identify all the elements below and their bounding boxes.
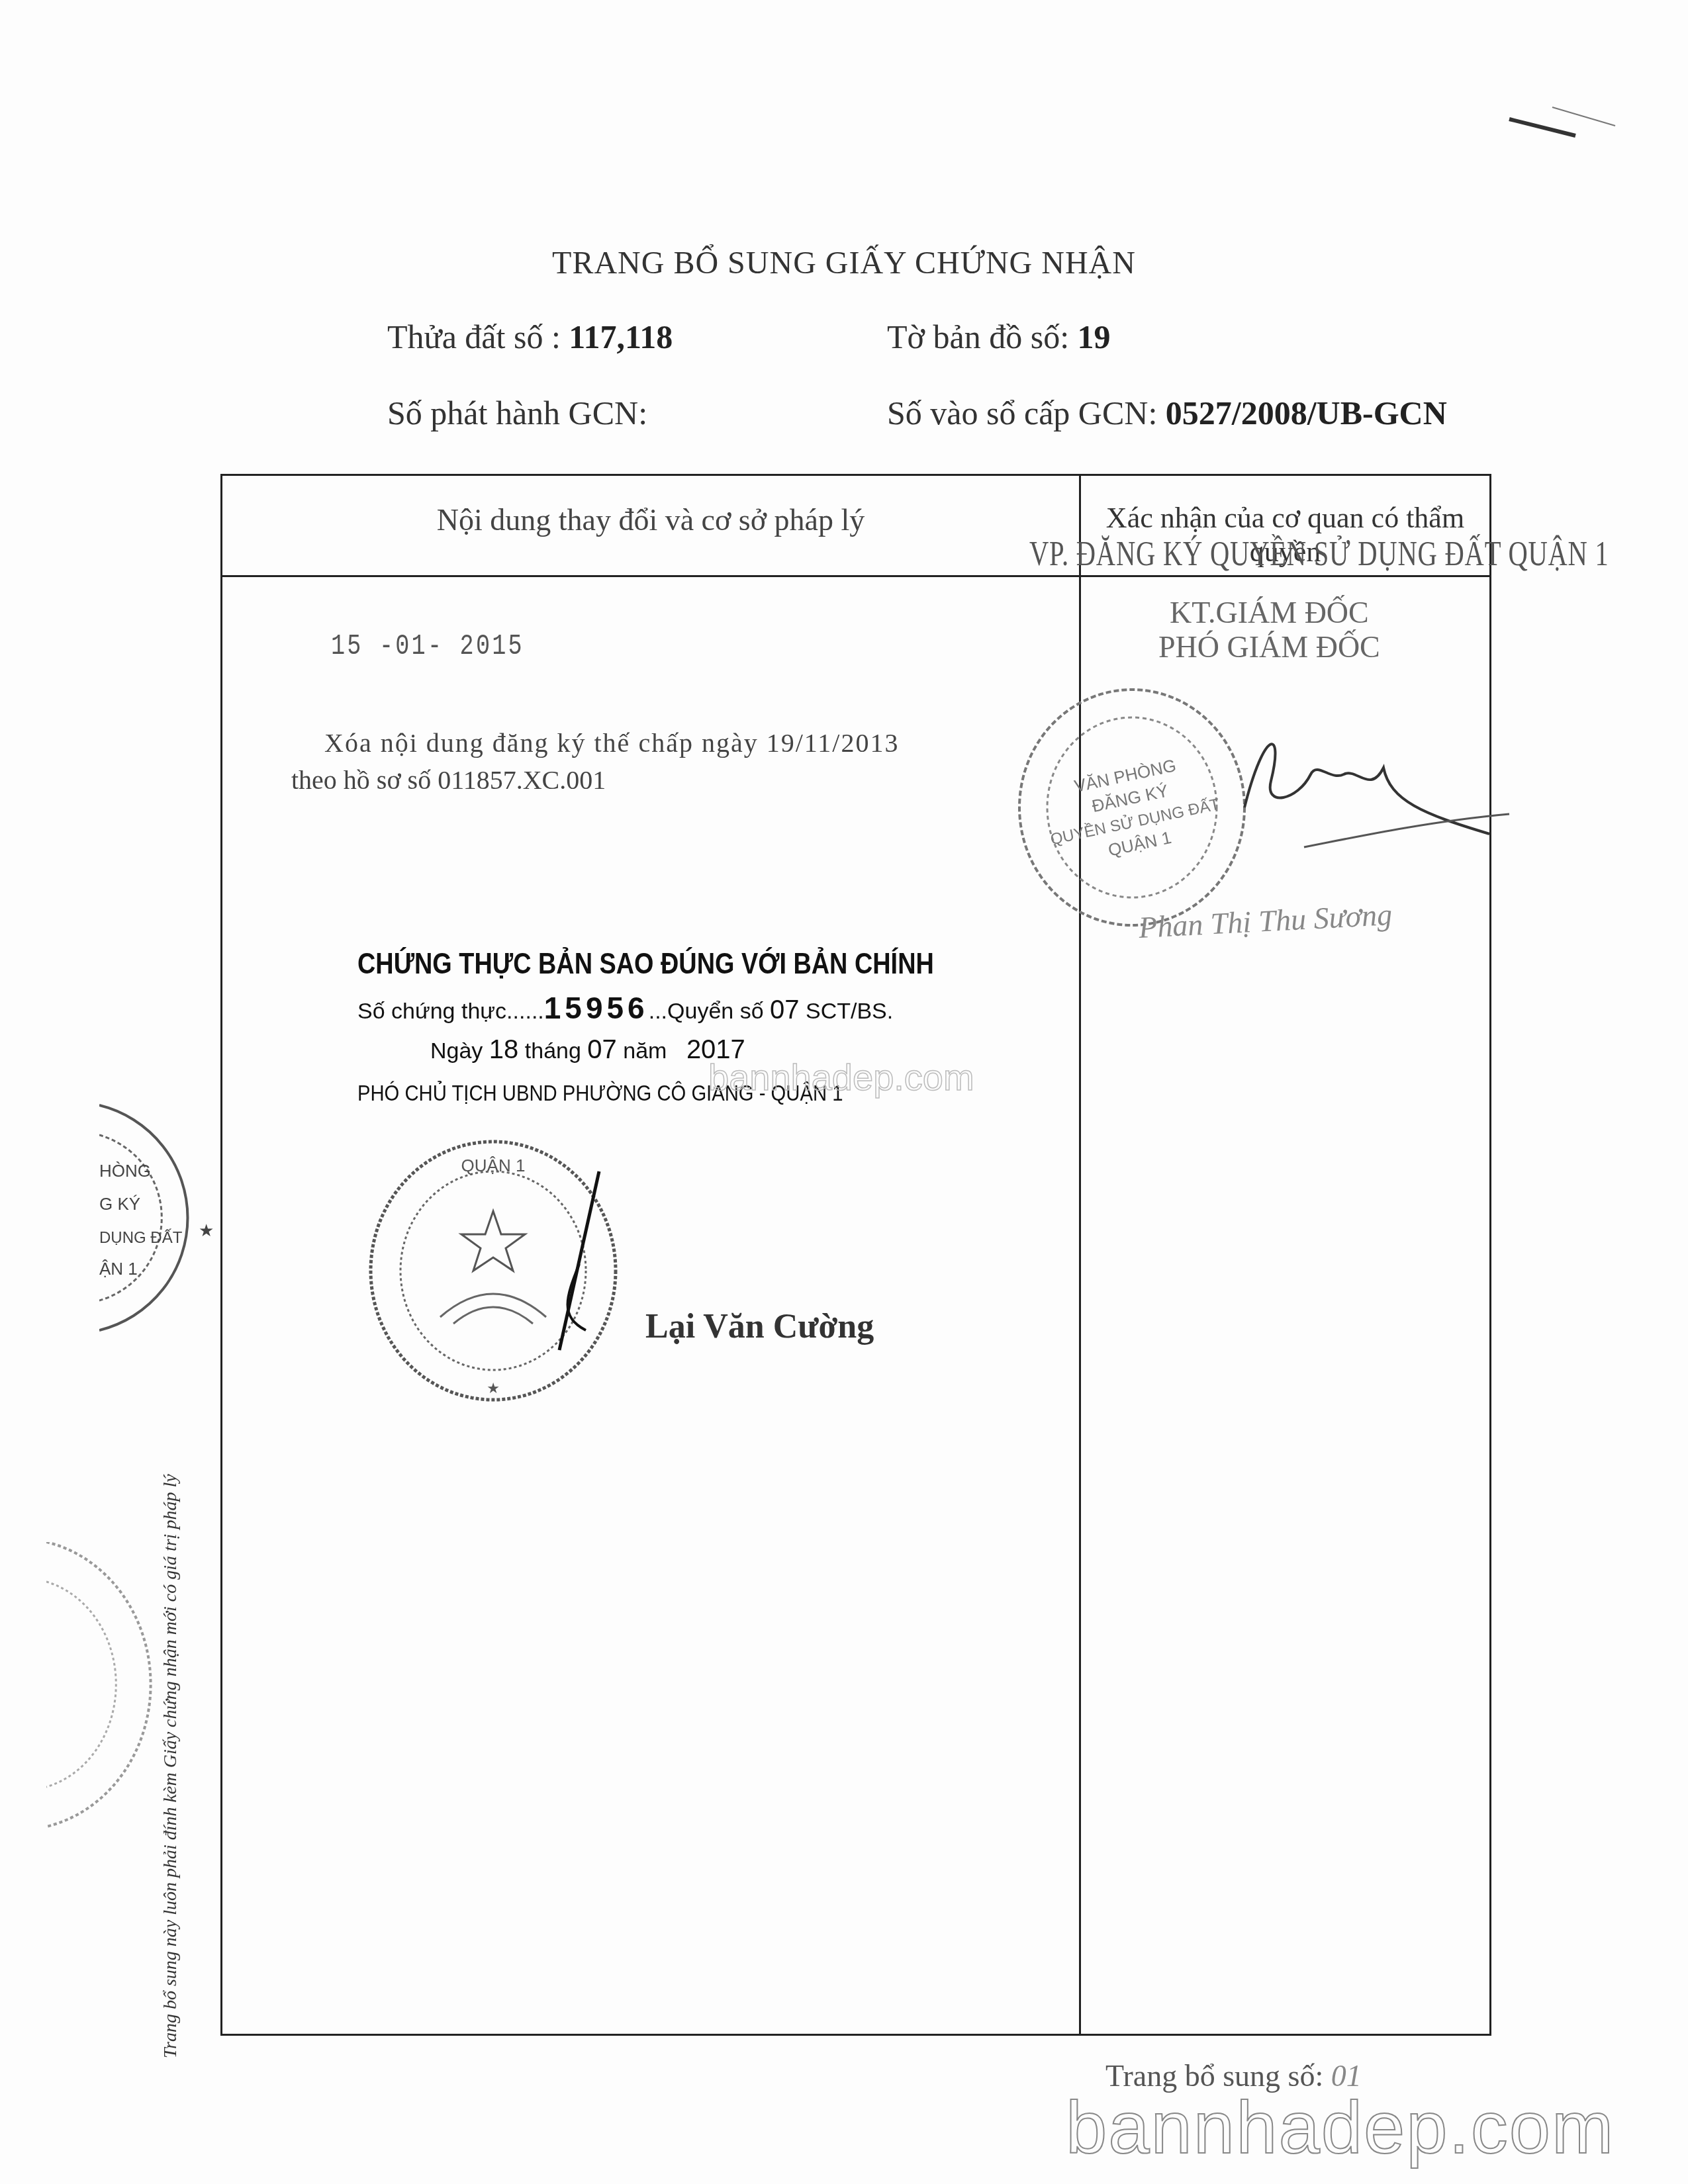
- office-stamp-text: VP. ĐĂNG KÝ QUYỀN SỬ DỤNG ĐẤT QUẬN 1: [1029, 535, 1609, 574]
- svg-text:ẬN 1: ẬN 1: [99, 1259, 138, 1279]
- issue-number-label: Số phát hành GCN:: [387, 394, 647, 432]
- svg-text:QUẬN 1: QUẬN 1: [461, 1156, 526, 1175]
- certifier-name: Lại Văn Cường: [645, 1307, 874, 1346]
- parcel-value: 117,118: [569, 318, 673, 355]
- authority-title-line2: PHÓ GIÁM ĐỐC: [1158, 630, 1380, 664]
- authority-signature-icon: [1225, 702, 1516, 900]
- entry-date-stamp: 15 -01- 2015: [331, 630, 524, 663]
- left-seal-fragment-icon: HÒNG G KÝ DỤNG ĐẤT ẬN 1 ★: [99, 1099, 225, 1337]
- map-sheet-value: 19: [1078, 318, 1111, 355]
- svg-text:DỤNG ĐẤT: DỤNG ĐẤT: [99, 1228, 183, 1247]
- office-seal-icon: VĂN PHÒNG ĐĂNG KÝ QUYỀN SỬ DỤNG ĐẤT QUẬN…: [1013, 682, 1251, 933]
- svg-text:HÒNG: HÒNG: [99, 1161, 151, 1181]
- certification-number: 15956: [544, 991, 649, 1025]
- registry-value: 0527/2008/UB-GCN: [1166, 394, 1447, 432]
- map-sheet-label: Tờ bản đồ số:: [887, 318, 1069, 355]
- left-seal-lower-fragment-icon: [46, 1542, 152, 1833]
- cert-month: 07: [587, 1035, 617, 1064]
- issue-number: Số phát hành GCN:: [387, 394, 647, 432]
- header-divider: [222, 575, 1489, 577]
- entry-line-2: theo hồ sơ số 011857.XC.001: [291, 762, 1152, 799]
- cert-day: 18: [489, 1035, 519, 1064]
- svg-text:★: ★: [487, 1380, 500, 1396]
- header-changes: Nội dung thay đổi và cơ sở pháp lý: [222, 502, 1079, 537]
- ward-seal-icon: QUẬN 1 ★: [361, 1132, 626, 1410]
- page-title: TRANG BỔ SUNG GIẤY CHỨNG NHẬN: [0, 245, 1688, 281]
- authority-title-line1: KT.GIÁM ĐỐC: [1158, 596, 1380, 630]
- svg-text:★: ★: [199, 1221, 214, 1241]
- entry-content: Xóa nội dung đăng ký thế chấp ngày 19/11…: [291, 725, 1152, 799]
- entry-line-1: Xóa nội dung đăng ký thế chấp ngày 19/11…: [291, 725, 1152, 762]
- watermark-footer: bannhadep.com: [1066, 2085, 1615, 2170]
- watermark-mid: bannhadep.com: [708, 1056, 974, 1099]
- book-number: 07: [770, 995, 800, 1024]
- authority-title: KT.GIÁM ĐỐC PHÓ GIÁM ĐỐC: [1158, 596, 1380, 664]
- parcel-label: Thửa đất số :: [387, 318, 561, 355]
- side-note: Trang bổ sung này luôn phải đính kèm Giấ…: [160, 2058, 745, 2079]
- certification-number-line: Số chứng thực......15956...Quyển số 07 S…: [357, 990, 1028, 1026]
- map-sheet-number: Tờ bản đồ số: 19: [887, 318, 1111, 356]
- registry-label: Số vào sổ cấp GCN:: [887, 394, 1157, 432]
- certification-heading: CHỨNG THỰC BẢN SAO ĐÚNG VỚI BẢN CHÍNH: [357, 948, 934, 981]
- parcel-number: Thửa đất số : 117,118: [387, 318, 673, 356]
- svg-text:G KÝ: G KÝ: [99, 1194, 140, 1214]
- pen-mark-icon: [1503, 106, 1622, 159]
- registry-number: Số vào sổ cấp GCN: 0527/2008/UB-GCN: [887, 394, 1447, 432]
